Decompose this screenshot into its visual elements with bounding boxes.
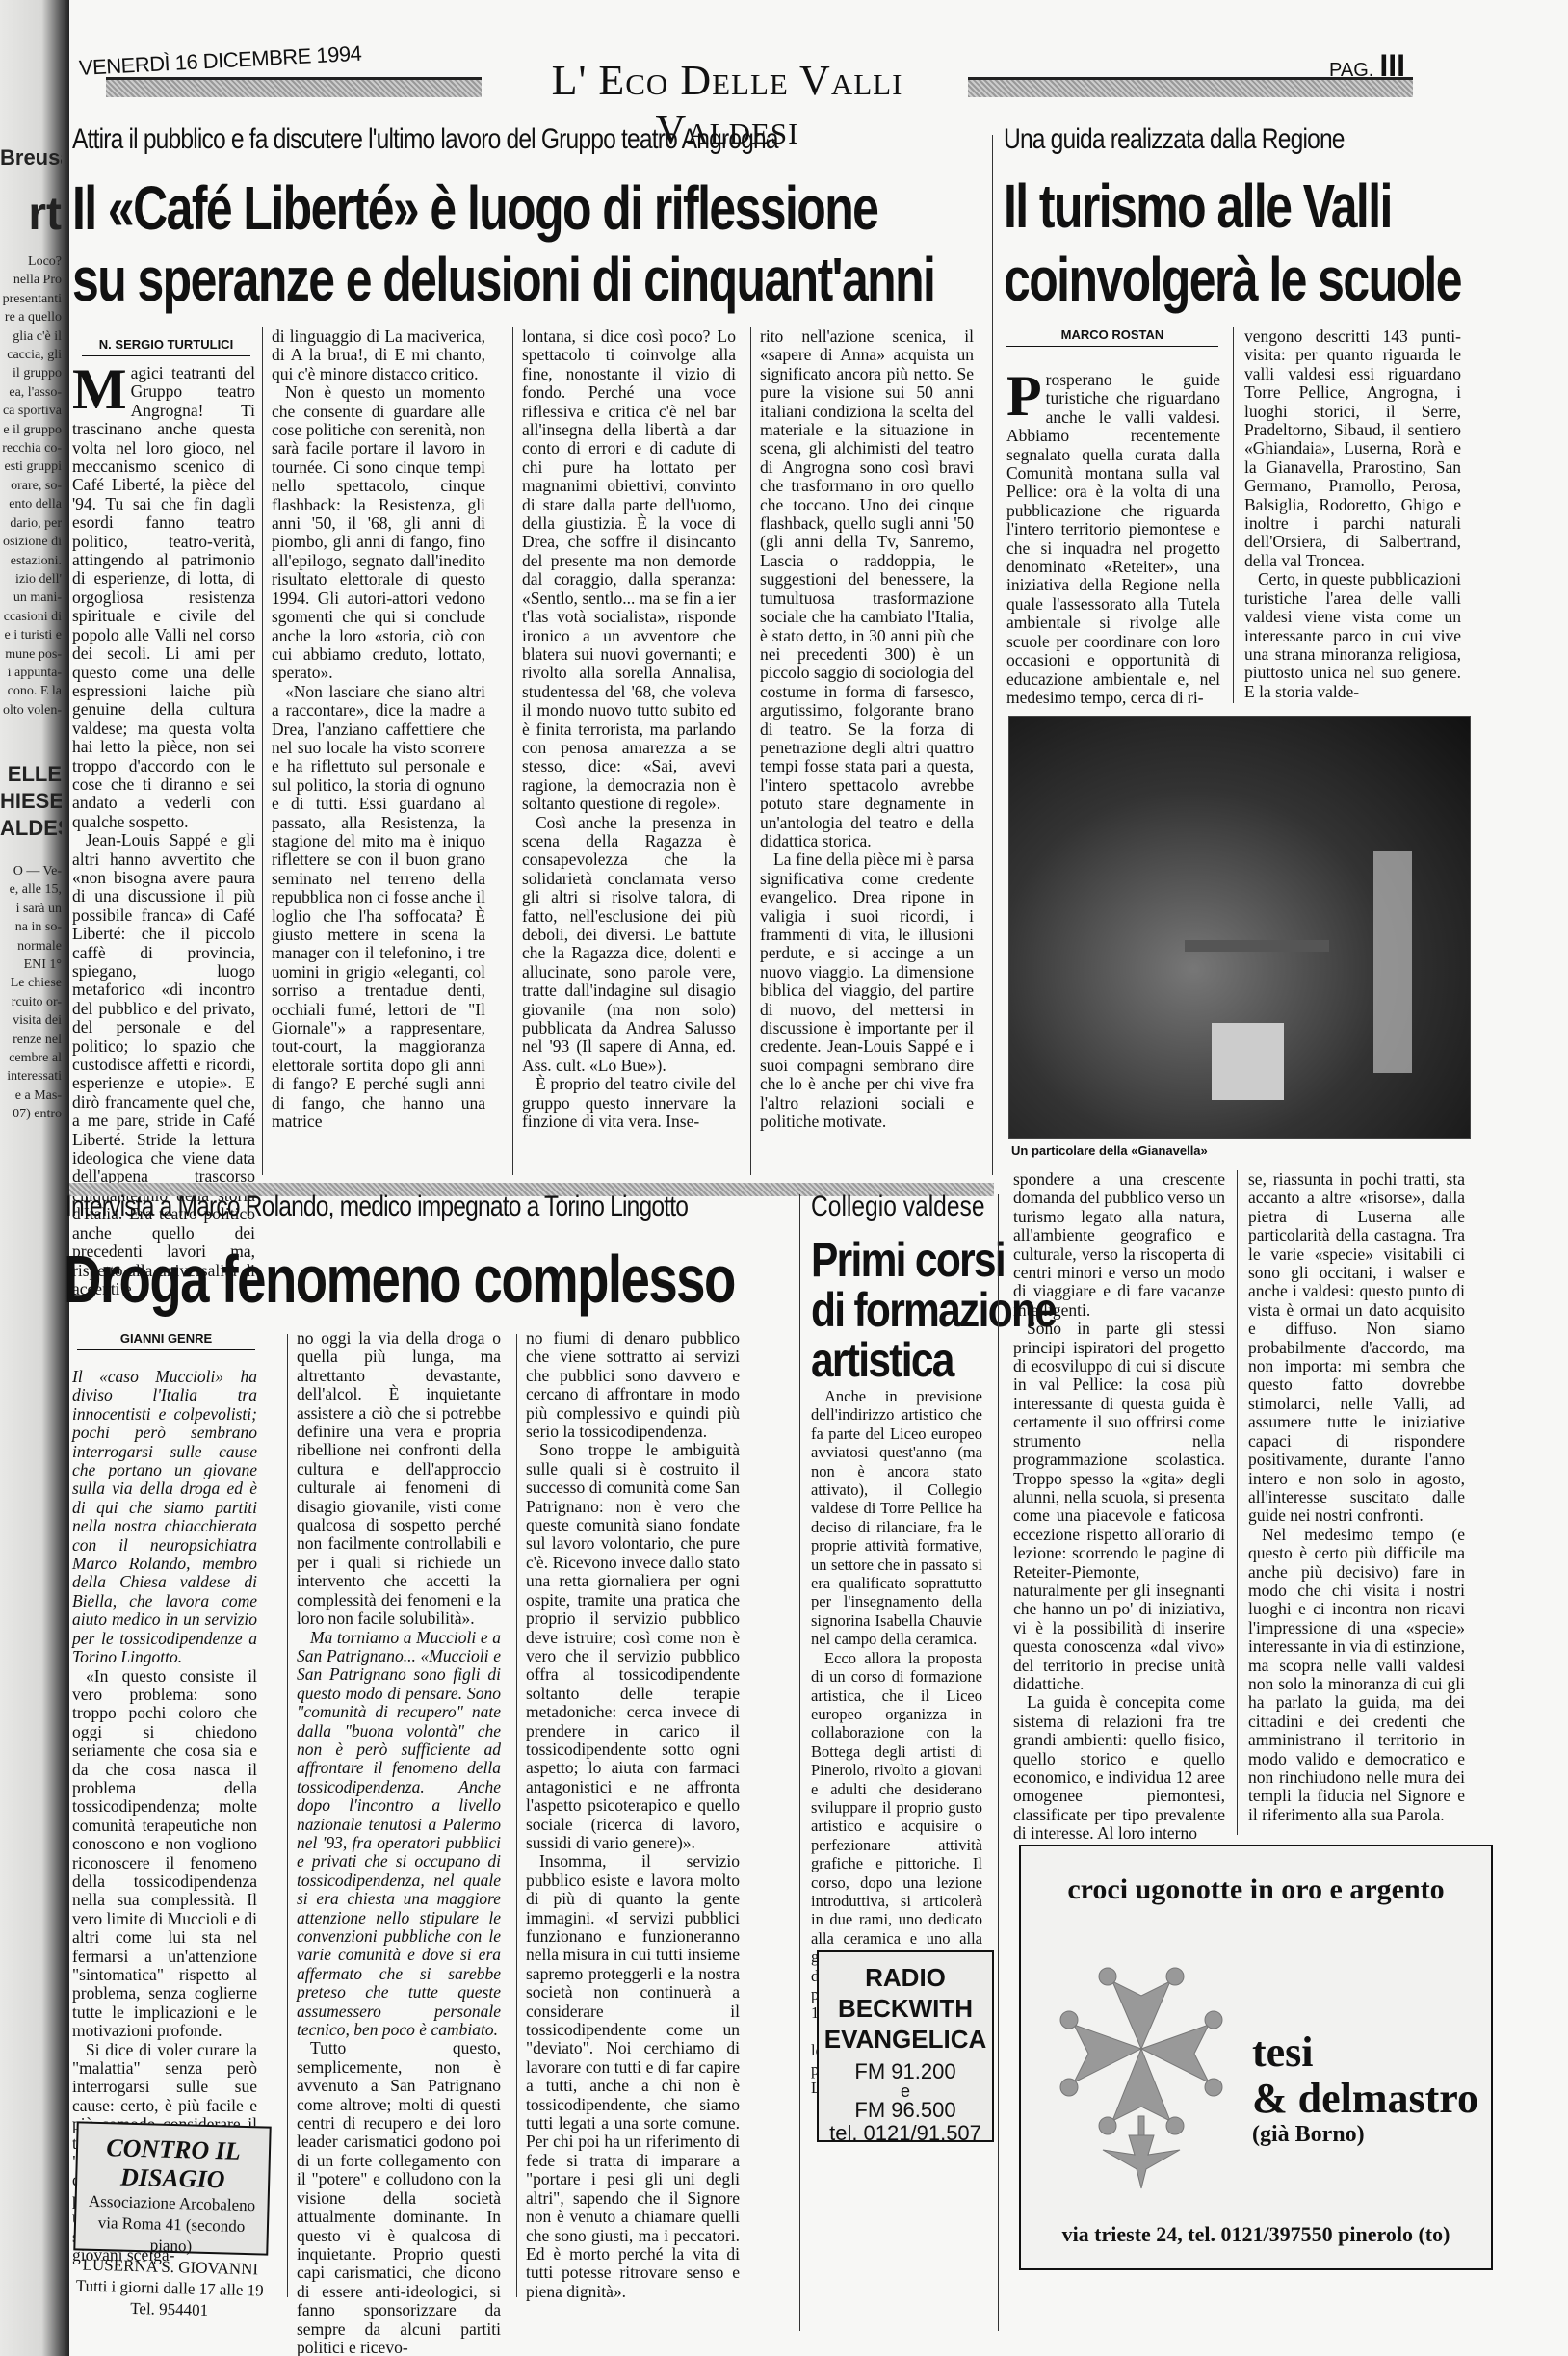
bleed-line: ENI 1° xyxy=(0,955,62,974)
section-rule xyxy=(992,135,993,1175)
paragraph: «Non lasciare che siano altri a racconta… xyxy=(272,683,485,1132)
bleed-line: dario, per xyxy=(0,514,62,533)
byline: N. SERGIO TURTULICI xyxy=(82,337,250,356)
bleed-line: recchia co- xyxy=(0,439,62,458)
dropcap: M xyxy=(72,366,127,412)
paragraph: La fine della pièce mi è parsa significa… xyxy=(760,851,974,1131)
headline-line: di formazione xyxy=(811,1285,1056,1335)
bleed-line: nella Pro xyxy=(0,271,62,289)
page-label: PAG. xyxy=(1329,60,1373,81)
issue-date: VENERDÌ 16 DICEMBRE 1994 xyxy=(78,41,362,81)
bleed-line: Le chiese xyxy=(0,974,62,992)
column-rule xyxy=(512,327,513,1175)
photo-caption: Un particolare della «Gianavella» xyxy=(1011,1143,1208,1158)
bleed-line: ea, l'asso- xyxy=(0,383,62,402)
bleed-line: cembre al xyxy=(0,1049,62,1067)
paragraph: no fiumi di denaro pubblico che viene so… xyxy=(526,1329,740,1441)
bleed-line: esti gruppi xyxy=(0,458,62,476)
column-rule xyxy=(516,1334,517,2297)
bleed-line: 07) entro xyxy=(0,1105,62,1123)
paragraph: Certo, in queste pubblicazioni turistich… xyxy=(1244,570,1461,701)
ad-radio-beckwith: RADIO BECKWITH EVANGELICA FM 91.200 e FM… xyxy=(817,1950,994,2142)
column-rule xyxy=(750,327,751,1175)
bleed-line: mune pos- xyxy=(0,645,62,664)
bleed-line: interessati xyxy=(0,1067,62,1086)
paragraph: se, riassunta in pochi tratti, sta accan… xyxy=(1248,1170,1465,1526)
paragraph: Tutto questo, semplicemente, non è avven… xyxy=(297,2039,501,2356)
column-rule xyxy=(1233,327,1234,703)
headline-line: Primi corsi xyxy=(811,1235,1056,1285)
ad-title: croci ugonotte in oro e argento xyxy=(1021,1873,1491,1906)
paragraph: È proprio del teatro civile del gruppo q… xyxy=(522,1075,736,1131)
ad-tel: tel. 0121/91.507 xyxy=(819,2122,992,2145)
bleed-line: e, alle 15, xyxy=(0,880,62,899)
paragraph: La guida è concepita come sistema di rel… xyxy=(1013,1693,1225,1843)
paragraph: vengono descritti 143 punti-visita: per … xyxy=(1244,327,1461,570)
paragraph: Insomma, il servizio pubblico esiste e l… xyxy=(526,1852,740,2301)
article-column: no oggi la via della droga o quella più … xyxy=(297,1329,501,2356)
byline: GIANNI GENRE xyxy=(77,1331,255,1350)
paragraph: di linguaggio di La maciverica, di A la … xyxy=(272,327,485,383)
bleed-line: il gruppo xyxy=(0,364,62,382)
column-rule xyxy=(287,1334,288,2297)
bleed-line: HIESE xyxy=(0,788,62,815)
section-rule xyxy=(998,1194,999,2331)
ad-contro-il-disagio: CONTRO IL DISAGIO Associazione Arcobalen… xyxy=(73,2121,271,2255)
article-kicker: Una guida realizzata dalla Regione xyxy=(1004,123,1345,156)
bleed-line: re a quello xyxy=(0,308,62,327)
bleed-line: glia c'è il xyxy=(0,327,62,346)
photo-archway xyxy=(1212,1023,1284,1100)
bleed-line: O — Ve- xyxy=(0,862,62,880)
bleed-line: visita dei xyxy=(0,1011,62,1030)
brand-line: & delmastro xyxy=(1252,2076,1478,2122)
dropcap: P xyxy=(1006,373,1042,419)
brand-line: tesi xyxy=(1252,2029,1478,2076)
article-column: M agici teatranti del Gruppo teatro Angr… xyxy=(72,364,255,1298)
paragraph: lontana, si dice così poco? Lo spettacol… xyxy=(522,327,736,814)
headline-line: artistica xyxy=(811,1335,1056,1385)
paragraph: Anche in previsione dell'indirizzo artis… xyxy=(811,1387,982,1649)
bleed-box-heading: ELLEHIESEALDESI xyxy=(0,761,62,842)
article-column: no fiumi di denaro pubblico che viene so… xyxy=(526,1329,740,2301)
bleed-line: cono. E la xyxy=(0,682,62,700)
bleed-line: caccia, gli xyxy=(0,346,62,364)
bleed-line: ento della xyxy=(0,495,62,513)
bleed-line: rcuito or- xyxy=(0,993,62,1011)
bleed-line: i sarà un xyxy=(0,900,62,918)
adjacent-page-bleed: Breusa rt Loco?nella Propresentantire a … xyxy=(0,0,69,2356)
article-column: vengono descritti 143 punti-visita: per … xyxy=(1244,327,1461,701)
bleed-line: olto volen- xyxy=(0,701,62,720)
paragraph: Jean-Louis Sappé e gli altri hanno avver… xyxy=(72,831,255,1298)
photo-gianavella xyxy=(1008,716,1471,1139)
bleed-line: un mani- xyxy=(0,589,62,607)
bleed-line: ccasioni di xyxy=(0,608,62,626)
column-rule xyxy=(1237,1170,1238,1835)
bleed-line: ca sportiva xyxy=(0,402,62,420)
bleed-text-1: Loco?nella Propresentantire a quelloglia… xyxy=(0,252,62,720)
paragraph: agici teatranti del Gruppo teatro Angrog… xyxy=(72,364,255,831)
ad-frequency: FM 91.200 xyxy=(819,2060,992,2083)
ad-croci-ugonotte: croci ugonotte in oro e argento tesi & d… xyxy=(1019,1845,1493,2270)
bleed-heading: Breusa xyxy=(0,144,62,171)
ad-title: CONTRO IL DISAGIO xyxy=(77,2133,270,2195)
bleed-line: ELLE xyxy=(0,761,62,788)
ad-brand: tesi & delmastro (già Borno) xyxy=(1252,2029,1478,2148)
ad-line: BECKWITH xyxy=(819,1993,992,2024)
bleed-line: orare, so- xyxy=(0,477,62,495)
bleed-line: izio dell' xyxy=(0,570,62,589)
ad-and: e xyxy=(819,2083,992,2099)
bleed-line: Loco? xyxy=(0,252,62,271)
article-headline: Droga fenomeno complesso xyxy=(64,1243,735,1316)
article-headline-2: coinvolgerà le scuole xyxy=(1004,243,1461,316)
article-column: rito nell'azione scenica, il «sapere di … xyxy=(760,327,974,1131)
ad-line: EVANGELICA xyxy=(819,2024,992,2055)
photo-balcony xyxy=(1185,940,1329,952)
byline: MARCO ROSTAN xyxy=(1006,327,1218,347)
article-headline-1: Il turismo alle Valli xyxy=(1004,170,1392,243)
paragraph: Sono troppe le ambiguità sulle quali si … xyxy=(526,1441,740,1852)
article-kicker: Intervista a Marco Rolando, medico impeg… xyxy=(65,1191,688,1223)
article-kicker: Collegio valdese xyxy=(811,1191,985,1223)
paragraph: Ma torniamo a Muccioli e a San Patrignan… xyxy=(297,1629,501,2040)
page-roman: III xyxy=(1379,48,1405,83)
section-rule xyxy=(799,1194,800,2331)
huguenot-cross-icon xyxy=(1059,1962,1223,2193)
bleed-line: e i turisti e xyxy=(0,626,62,644)
paragraph: Non è questo un momento che consente di … xyxy=(272,383,485,683)
page-number: PAG.III xyxy=(1329,48,1405,84)
article-headline-1: Il «Café Liberté» è luogo di riflessione xyxy=(72,171,877,245)
paragraph: «In questo consiste il vero problema: so… xyxy=(72,1667,257,2041)
paragraph: rito nell'azione scenica, il «sapere di … xyxy=(760,327,974,851)
brand-line: (già Borno) xyxy=(1252,2122,1478,2148)
bleed-heading-2: rt xyxy=(0,188,62,242)
article-kicker: Attira il pubblico e fa discutere l'ulti… xyxy=(72,123,778,156)
bleed-line: osizione di xyxy=(0,533,62,551)
bleed-line: presentanti xyxy=(0,290,62,308)
column-rule xyxy=(262,327,263,1175)
bleed-line: renze nel xyxy=(0,1031,62,1049)
photo-light xyxy=(1373,851,1412,1073)
bleed-line: e a Mas- xyxy=(0,1086,62,1105)
article-column: P rosperano le guide turistiche che rigu… xyxy=(1006,371,1220,707)
ad-address: via trieste 24, tel. 0121/397550 pinerol… xyxy=(1021,2222,1491,2247)
paragraph-intro: Il «caso Muccioli» ha diviso l'Italia tr… xyxy=(72,1368,257,1667)
bleed-line: i appunta- xyxy=(0,664,62,682)
bleed-line: e il gruppo xyxy=(0,421,62,439)
bleed-line: normale xyxy=(0,937,62,955)
bleed-line: na in so- xyxy=(0,918,62,936)
paragraph: Nel medesimo tempo (e questo è certo più… xyxy=(1248,1526,1465,1825)
paragraph: no oggi la via della droga o quella più … xyxy=(297,1329,501,1629)
bleed-line: estazioni. xyxy=(0,552,62,570)
article-headline: Primi corsi di formazione artistica xyxy=(811,1235,1099,1385)
ad-line: RADIO xyxy=(819,1962,992,1993)
ad-frequency: FM 96.500 xyxy=(819,2099,992,2122)
paragraph: Così anche la presenza in scena della Ra… xyxy=(522,814,736,1076)
ad-line: via Roma 41 (secondo piano) xyxy=(75,2212,267,2259)
article-column: di linguaggio di La maciverica, di A la … xyxy=(272,327,485,1131)
article-column: se, riassunta in pochi tratti, sta accan… xyxy=(1248,1170,1465,1824)
bleed-line: ALDESI xyxy=(0,815,62,842)
bleed-text-2: O — Ve-e, alle 15,i sarà unna in so-norm… xyxy=(0,862,62,1124)
article-headline-2: su speranze e delusioni di cinquant'anni xyxy=(72,243,934,316)
article-column: lontana, si dice così poco? Lo spettacol… xyxy=(522,327,736,1131)
masthead-band-left xyxy=(106,77,482,97)
